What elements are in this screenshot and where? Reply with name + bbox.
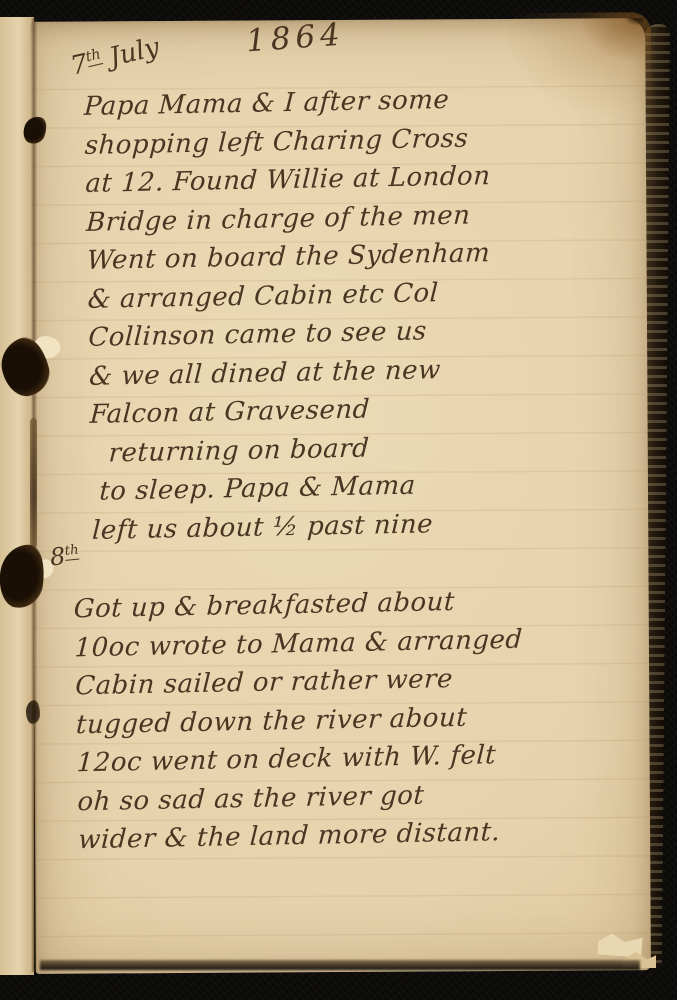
worm-hole [26,700,40,724]
year-heading: 1864 [245,17,346,60]
diary-entry-july-7: Papa Mama & I after some shopping left C… [84,80,498,550]
entry-day-suffix: th [64,543,79,561]
diary-entry-july-8: Got up & breakfasted about 10oc wrote to… [73,582,526,860]
gutter-tear [30,418,37,548]
gutter-opposite-page-edge [0,17,34,975]
bottom-edge-shadow [40,960,640,970]
corner-wear [617,18,643,34]
entry-line: left us about ½ past nine [91,504,498,550]
diary-photograph: 1864 7th July Papa Mama & I after some s… [0,0,677,1000]
entry-date-8th: 8th [49,541,81,572]
